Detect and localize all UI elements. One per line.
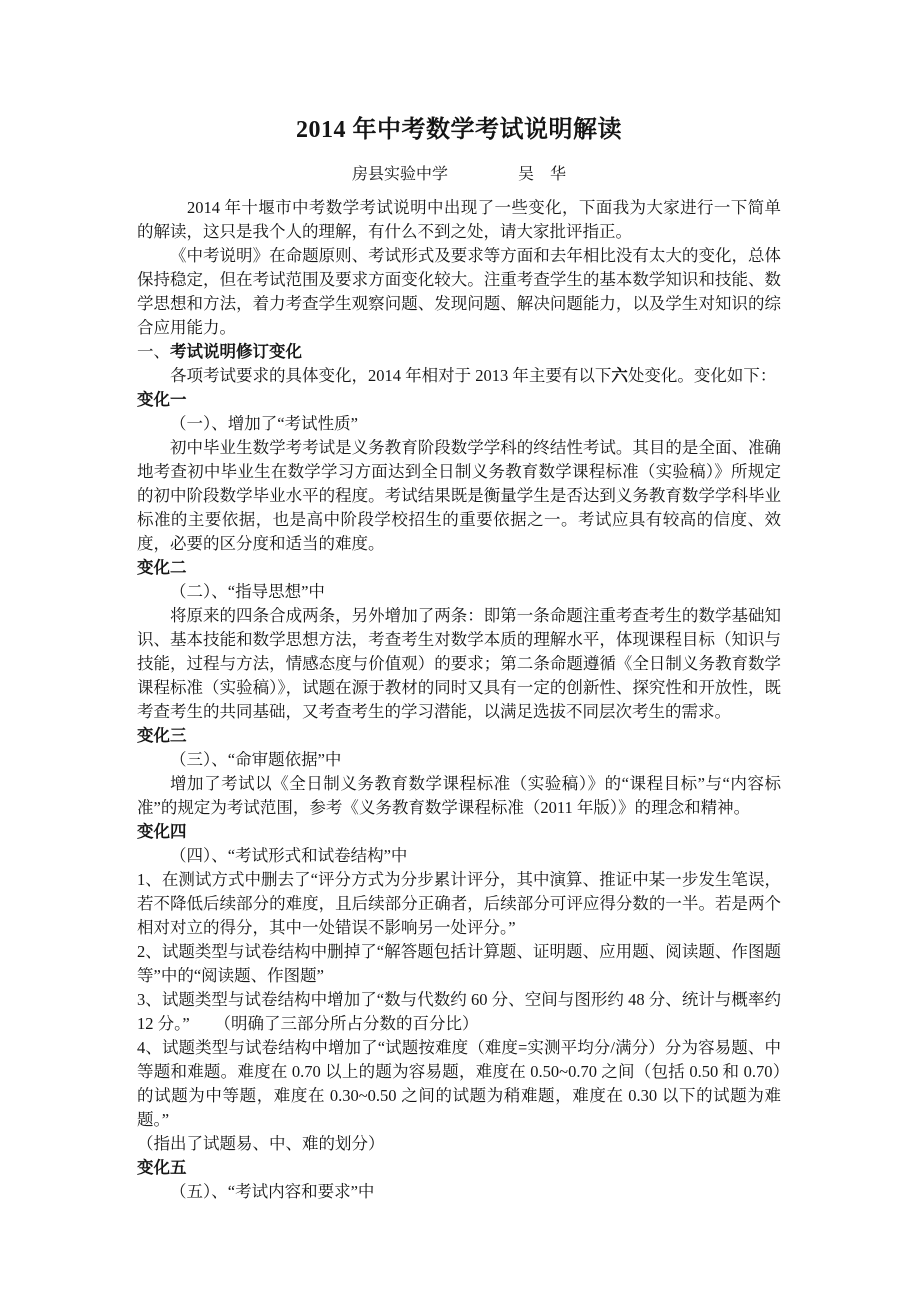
section-intro-text: 各项考试要求的具体变化，2014 年相对于 2013 年主要有以下 (170, 366, 611, 385)
change-4-item-2: 2、试题类型与试卷结构中删掉了“解答题包括计算题、证明题、应用题、阅读题、作图题… (137, 940, 781, 988)
section-intro-tail: 处变化。变化如下： (628, 366, 777, 385)
document-body: 2014 年十堰市中考数学考试说明中出现了一些变化，下面我为大家进行一下简单的解… (137, 196, 781, 1204)
section-1-number: 一、 (137, 342, 170, 361)
document-content: 2014 年中考数学考试说明解读 房县实验中学吴 华 2014 年十堰市中考数学… (0, 0, 920, 1204)
section-1-title: 考试说明修订变化 (170, 342, 302, 361)
change-4-item-1: 1、在测试方式中删去了“评分方式为分步累计评分，其中演算、推证中某一步发生笔误，… (137, 868, 781, 940)
byline: 房县实验中学吴 华 (137, 164, 781, 186)
section-intro-emphasis: 六 (611, 366, 628, 385)
section-1-heading: 一、考试说明修订变化 (137, 340, 781, 364)
change-4-note: （指出了试题易、中、难的划分） (137, 1132, 781, 1156)
byline-author: 吴 华 (518, 166, 566, 183)
change-3-subheading: （三）、“命审题依据”中 (137, 748, 781, 772)
section-1-intro: 各项考试要求的具体变化，2014 年相对于 2013 年主要有以下六处变化。变化… (137, 364, 781, 388)
change-2-paragraph: 将原来的四条合成两条，另外增加了两条：即第一条命题注重考查考生的数学基础知识、基… (137, 604, 781, 724)
change-5-subheading: （五）、“考试内容和要求”中 (137, 1180, 781, 1204)
change-2-heading: 变化二 (137, 556, 781, 580)
change-3-paragraph: 增加了考试以《全日制义务教育数学课程标准（实验稿）》的“课程目标”与“内容标准”… (137, 772, 781, 820)
change-4-heading: 变化四 (137, 820, 781, 844)
change-1-paragraph: 初中毕业生数学考考试是义务教育阶段数学学科的终结性考试。其目的是全面、准确地考查… (137, 436, 781, 556)
overview-paragraph: 《中考说明》在命题原则、考试形式及要求等方面和去年相比没有太大的变化，总体保持稳… (137, 244, 781, 340)
change-1-subheading: （一）、增加了“考试性质” (137, 412, 781, 436)
change-4-item-4: 4、试题类型与试卷结构中增加了“试题按难度（难度=实测平均分/满分）分为容易题、… (137, 1036, 781, 1132)
document-title: 2014 年中考数学考试说明解读 (137, 114, 781, 146)
change-5-heading: 变化五 (137, 1156, 781, 1180)
change-4-item-3: 3、试题类型与试卷结构中增加了“数与代数约 60 分、空间与图形约 48 分、统… (137, 988, 781, 1036)
change-3-heading: 变化三 (137, 724, 781, 748)
change-1-heading: 变化一 (137, 388, 781, 412)
document-page: 2014 年中考数学考试说明解读 房县实验中学吴 华 2014 年十堰市中考数学… (0, 0, 920, 1302)
change-2-subheading: （二）、“指导思想”中 (137, 580, 781, 604)
change-4-subheading: （四）、“考试形式和试卷结构”中 (137, 844, 781, 868)
byline-school: 房县实验中学 (352, 166, 448, 183)
intro-paragraph: 2014 年十堰市中考数学考试说明中出现了一些变化，下面我为大家进行一下简单的解… (137, 196, 781, 244)
